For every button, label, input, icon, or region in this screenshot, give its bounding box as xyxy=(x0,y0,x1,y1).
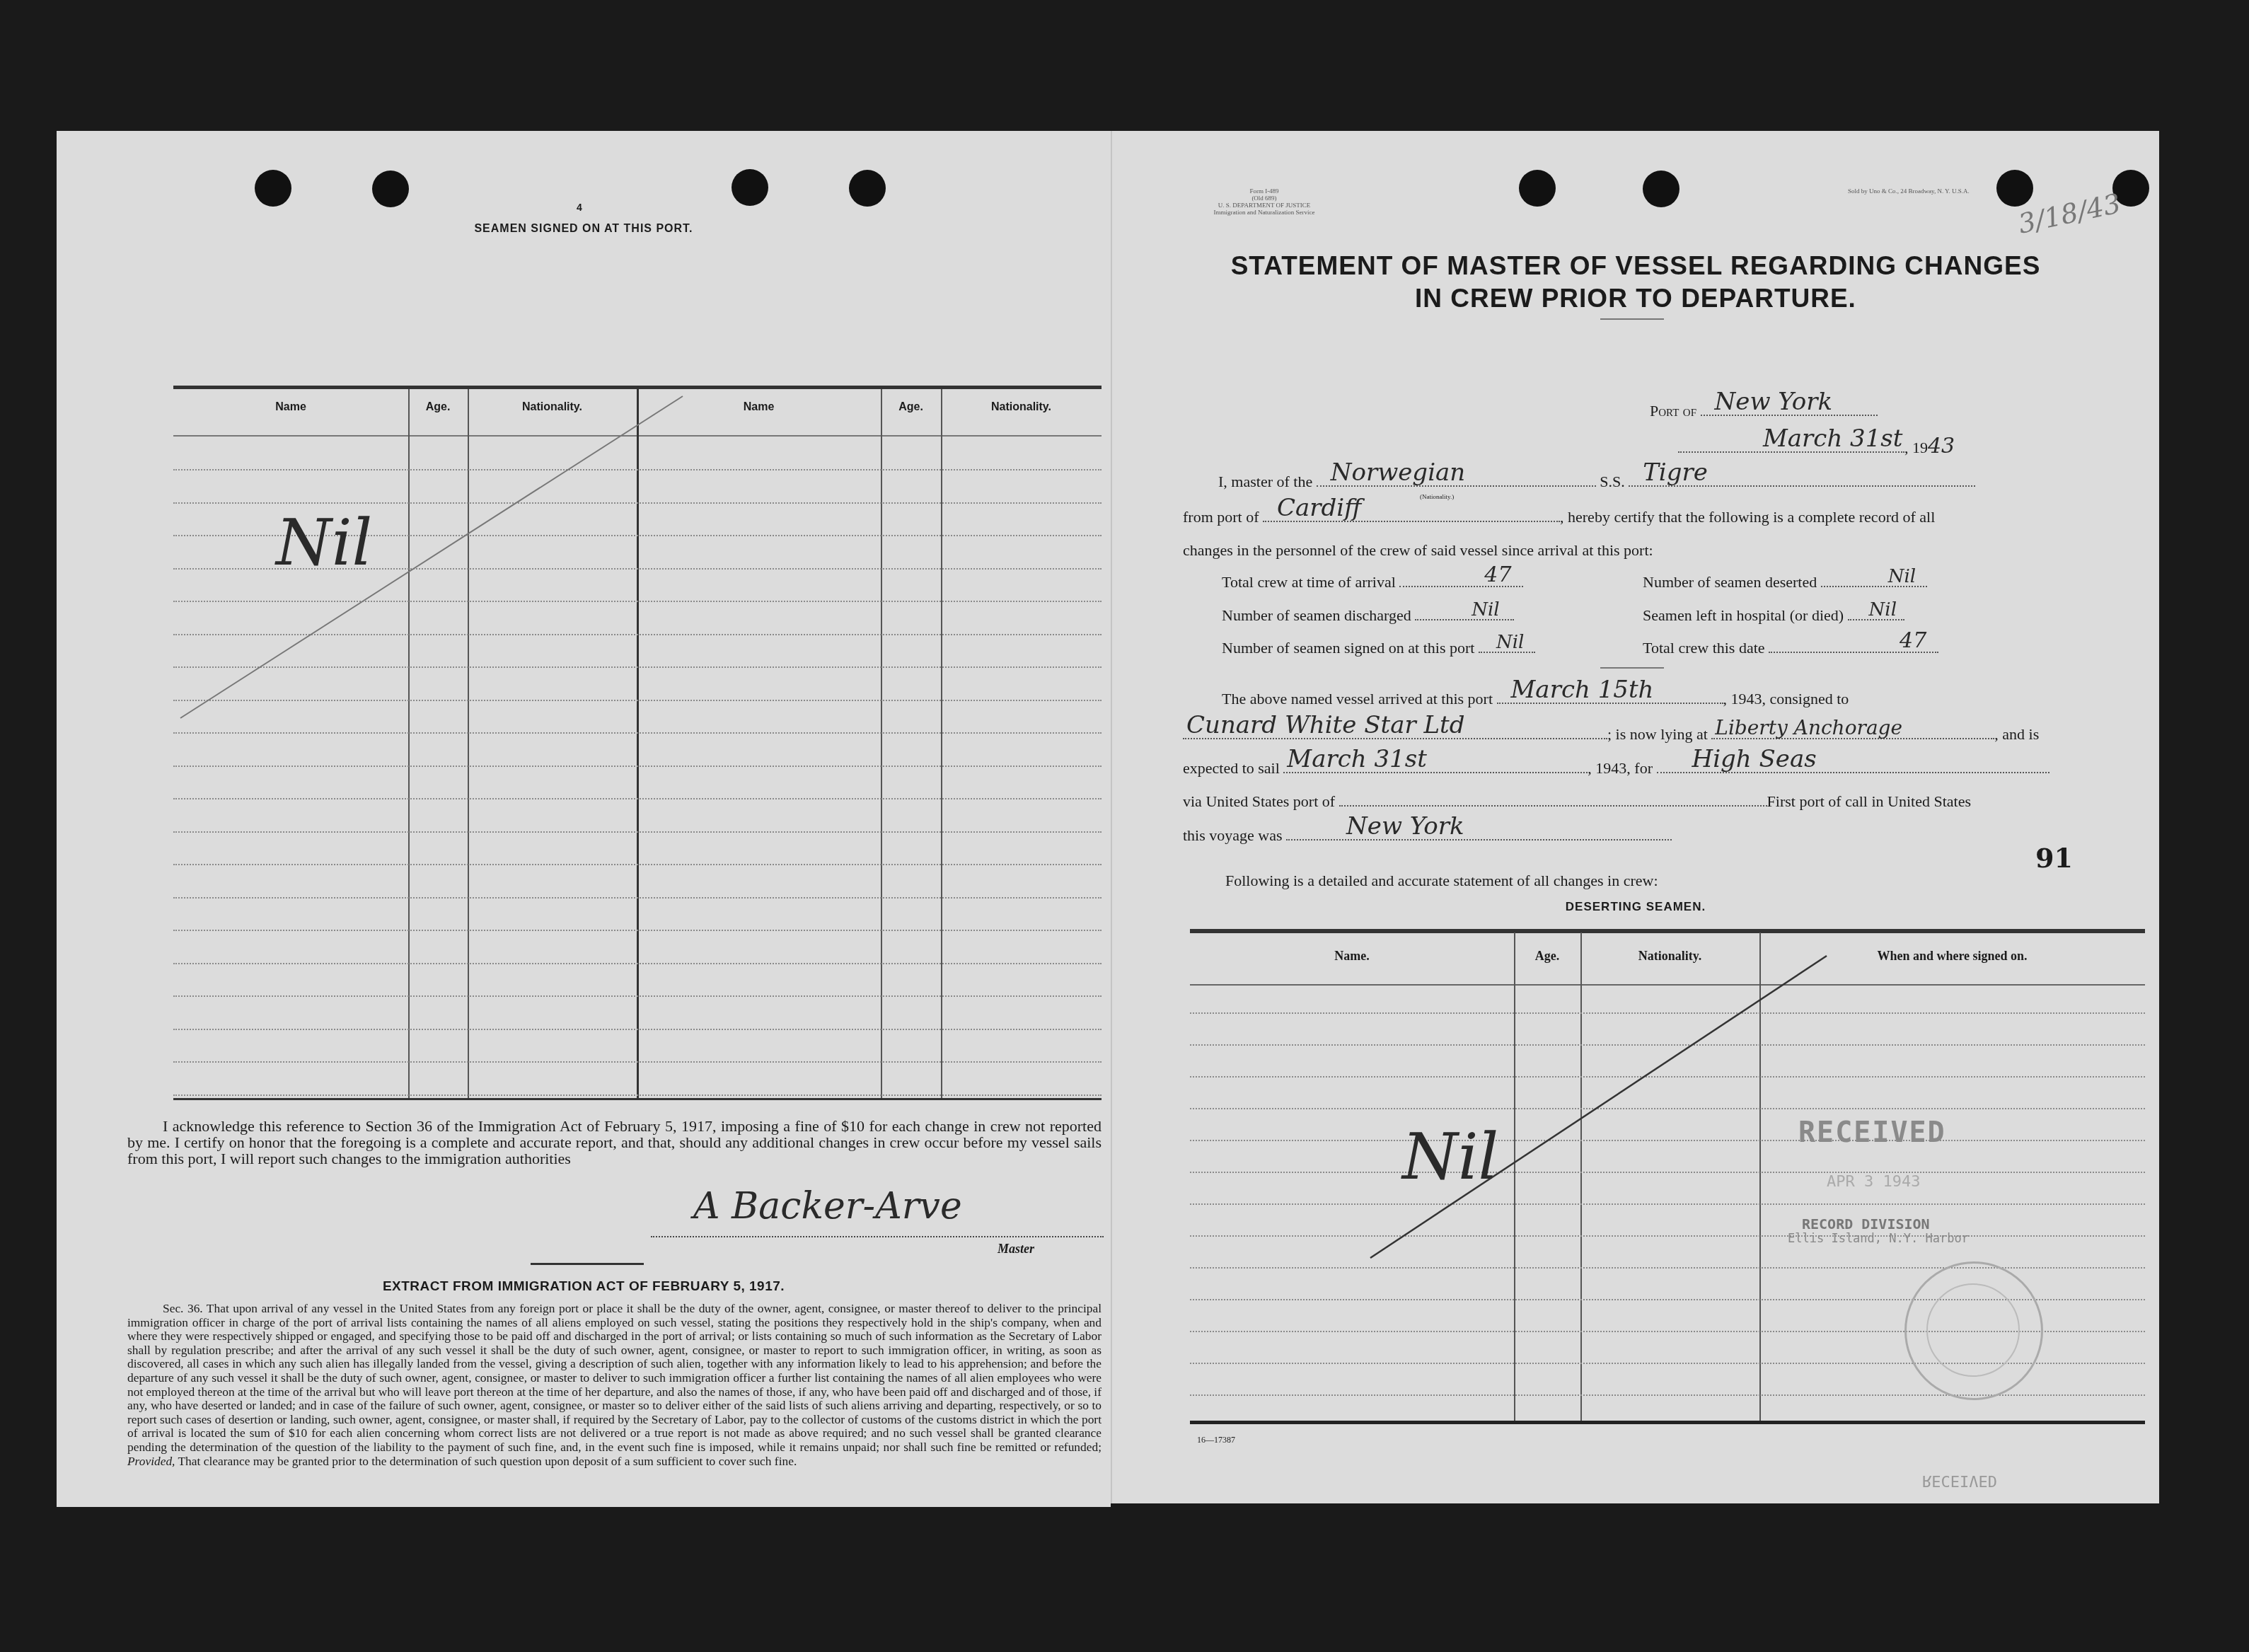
seamen-signed-on-table: Name Age. Nationality. Name Age. Nationa… xyxy=(173,386,1102,1100)
lying-label: ; is now lying at xyxy=(1607,725,1708,743)
master-label: Master xyxy=(998,1242,1034,1257)
voyage-value: New York xyxy=(1346,812,1464,841)
certify-text: , hereby certify that the following is a… xyxy=(1560,508,1935,526)
service: Immigration and Naturalization Service xyxy=(1176,209,1353,216)
printer-credit: Sold by Uno & Co., 24 Broadway, N. Y. U.… xyxy=(1848,187,1970,195)
expected-label: expected to sail xyxy=(1183,759,1280,777)
port-row: Port of New York xyxy=(1650,402,1878,420)
following-text: Following is a detailed and accurate sta… xyxy=(1225,872,1658,890)
stat-row: Number of seamen deserted Nil xyxy=(1643,573,1927,591)
divider xyxy=(1600,667,1664,669)
title-line-2: IN CREW PRIOR TO DEPARTURE. xyxy=(1112,282,2159,315)
page-number: 4 xyxy=(577,202,583,213)
port-label: Port of xyxy=(1650,402,1696,420)
first-port-label: First port of call in United States xyxy=(1767,792,1971,810)
via-row: via United States port of First port of … xyxy=(1183,792,1971,811)
title-line-1: STATEMENT OF MASTER OF VESSEL REGARDING … xyxy=(1112,250,2159,282)
port-value: New York xyxy=(1715,388,1833,416)
vessel-prefix: S.S. xyxy=(1600,473,1624,490)
stat-value: Nil xyxy=(1888,566,1916,587)
voyage-label: this voyage was xyxy=(1183,826,1283,844)
master-row: I, master of the Norwegian S.S. Tigre xyxy=(1183,473,1975,491)
extract-provided: Provided, xyxy=(127,1454,175,1468)
and-is-label: , and is xyxy=(1994,725,2039,743)
received-stamp-date: APR 3 1943 xyxy=(1827,1173,1920,1191)
punch-hole xyxy=(1519,170,1556,207)
punch-hole xyxy=(732,169,768,206)
arrival-row: The above named vessel arrived at this p… xyxy=(1222,690,1849,708)
punch-hole xyxy=(255,170,291,207)
date-year: 43 xyxy=(1928,434,1955,458)
acknowledgment-text: I acknowledge this reference to Section … xyxy=(127,1118,1102,1167)
extract-text: That upon arrival of any vessel in the U… xyxy=(127,1301,1102,1454)
stat-label: Seamen left in hospital (or died) xyxy=(1643,606,1844,624)
right-page: Form I-489 (Old 689) U. S. DEPARTMENT OF… xyxy=(1111,131,2159,1503)
punch-hole xyxy=(372,171,409,207)
record-division-stamp: RECORD DIVISION xyxy=(1802,1215,1930,1232)
stat-value: Nil xyxy=(1869,599,1897,620)
section-title: SEAMEN SIGNED ON AT THIS PORT. xyxy=(57,223,1111,236)
stat-value: 47 xyxy=(1484,562,1511,587)
nationality-value: Norwegian xyxy=(1331,458,1466,487)
stat-label: Total crew at time of arrival xyxy=(1222,573,1396,591)
divider xyxy=(1600,318,1664,320)
form-no: Form I-489 xyxy=(1176,187,1353,195)
stat-row: Total crew at time of arrival 47 xyxy=(1222,573,1523,591)
arrived-year: , 1943, consigned to xyxy=(1723,690,1849,707)
extract-title: EXTRACT FROM IMMIGRATION ACT OF FEBRUARY… xyxy=(57,1279,1111,1295)
left-page: 4 SEAMEN SIGNED ON AT THIS PORT. Name Ag… xyxy=(57,131,1111,1507)
stat-value: 47 xyxy=(1900,628,1926,653)
from-port-row: from port of Cardiff, hereby certify tha… xyxy=(1183,508,1935,526)
stat-label: Number of seamen signed on at this port xyxy=(1222,639,1474,657)
signature-line xyxy=(651,1236,1104,1237)
arrived-label: The above named vessel arrived at this p… xyxy=(1222,690,1493,707)
extract-tail: That clearance may be granted prior to t… xyxy=(178,1454,797,1468)
stat-row: Number of seamen signed on at this port … xyxy=(1222,639,1535,657)
stat-row: Seamen left in hospital (or died) Nil xyxy=(1643,606,1904,625)
punch-hole xyxy=(849,170,886,207)
stat-row: Total crew this date 47 xyxy=(1643,639,1938,657)
stat-value: Nil xyxy=(1496,632,1524,653)
voyage-row: this voyage was New York xyxy=(1183,826,1672,845)
changes-text: changes in the personnel of the crew of … xyxy=(1183,541,1653,560)
page-stamp-number: 91 xyxy=(2035,842,2073,874)
form-header: Form I-489 (Old 689) U. S. DEPARTMENT OF… xyxy=(1176,187,1353,216)
corner-date-note: 3/18/43 xyxy=(2016,187,2123,239)
ellis-island-stamp: Ellis Island, N.Y. Harbor xyxy=(1788,1232,1969,1246)
form-title: STATEMENT OF MASTER OF VESSEL REGARDING … xyxy=(1112,250,2159,315)
arrived-value: March 15th xyxy=(1511,676,1654,704)
master-of-label: I, master of the xyxy=(1218,473,1312,490)
expected-row: expected to sail March 31st, 1943, for H… xyxy=(1183,759,2049,778)
date-value: March 31st xyxy=(1763,424,1902,453)
stat-label: Total crew this date xyxy=(1643,639,1765,657)
date-row: March 31st, 1943 xyxy=(1678,434,1955,458)
destination-value: High Seas xyxy=(1692,745,1817,773)
punch-hole xyxy=(1643,171,1679,207)
stat-row: Number of seamen discharged Nil xyxy=(1222,606,1514,625)
date-year-prefix: , 19 xyxy=(1904,439,1928,456)
stat-label: Number of seamen deserted xyxy=(1643,573,1817,591)
circular-seal-stamp xyxy=(1904,1261,2043,1400)
form-number: 16—17387 xyxy=(1197,1435,1235,1445)
deserting-seamen-table: Name. Age. Nationality. When and where s… xyxy=(1190,929,2145,1424)
mirrored-received-stamp: RECEIVED xyxy=(1922,1472,1997,1489)
extract-section-label: Sec. 36. xyxy=(163,1301,203,1315)
expected-year: , 1943, for xyxy=(1588,759,1653,777)
from-port-label: from port of xyxy=(1183,508,1259,526)
lying-value: Liberty Anchorage xyxy=(1715,716,1902,739)
strike-through-line xyxy=(173,386,1102,1100)
deserting-seamen-title: DESERTING SEAMEN. xyxy=(1112,900,2159,914)
divider xyxy=(531,1263,644,1265)
department: U. S. DEPARTMENT OF JUSTICE xyxy=(1176,202,1353,209)
punch-hole xyxy=(1996,170,2033,207)
vessel-name: Tigre xyxy=(1643,458,1708,487)
consignee-row: Cunard White Star Ltd; is now lying at L… xyxy=(1183,725,2039,744)
nationality-caption: (Nationality.) xyxy=(1420,493,1454,500)
expected-value: March 31st xyxy=(1287,745,1426,773)
received-stamp: RECEIVED xyxy=(1798,1116,1946,1149)
old-form-no: (Old 689) xyxy=(1176,195,1353,202)
stat-label: Number of seamen discharged xyxy=(1222,606,1411,624)
from-port-value: Cardiff xyxy=(1277,494,1361,522)
extract-body: Sec. 36. That upon arrival of any vessel… xyxy=(127,1302,1102,1468)
master-signature: A Backer-Arve xyxy=(693,1185,962,1228)
via-label: via United States port of xyxy=(1183,792,1335,810)
stat-value: Nil xyxy=(1472,599,1499,620)
consignee-value: Cunard White Star Ltd xyxy=(1186,711,1465,739)
